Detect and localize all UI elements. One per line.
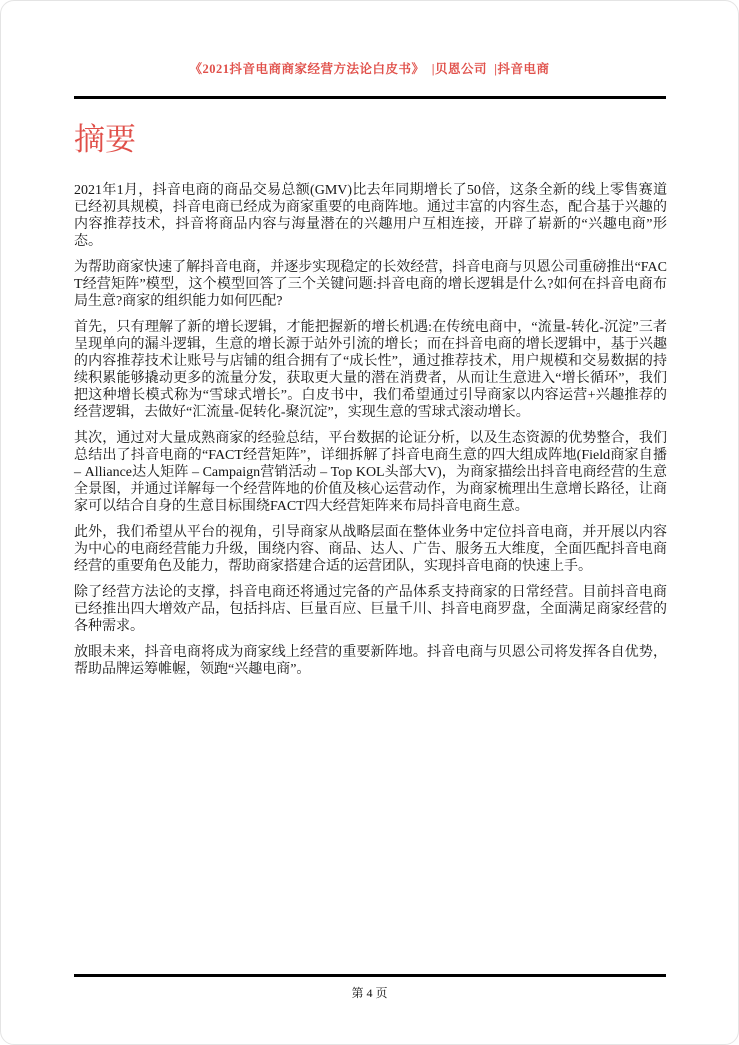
- page-number: 第 4 页: [1, 984, 738, 1001]
- paragraph-6: 除了经营方法论的支撑，抖音电商还将通过完备的产品体系支持商家的日常经营。目前抖音…: [74, 584, 667, 635]
- paragraph-4: 其次，通过对大量成熟商家的经验总结，平台数据的论证分析，以及生态资源的优势整合，…: [74, 430, 667, 515]
- paragraph-5: 此外，我们希望从平台的视角，引导商家从战略层面在整体业务中定位抖音电商，并开展以…: [74, 524, 667, 575]
- document-body: 2021年1月，抖音电商的商品交易总额(GMV)比去年同期增长了50倍，这条全新…: [74, 182, 667, 687]
- page-title: 摘要: [74, 122, 136, 158]
- footer-divider: [74, 974, 666, 977]
- header-running-title: 《2021抖音电商商家经营方法论白皮书》 |贝恩公司 |抖音电商: [1, 59, 738, 77]
- paragraph-2: 为帮助商家快速了解抖音电商，并逐步实现稳定的长效经营，抖音电商与贝恩公司重磅推出…: [74, 259, 667, 310]
- header-divider: [74, 96, 666, 99]
- paragraph-1: 2021年1月，抖音电商的商品交易总额(GMV)比去年同期增长了50倍，这条全新…: [74, 182, 667, 250]
- paragraph-3: 首先，只有理解了新的增长逻辑，才能把握新的增长机遇:在传统电商中，“流量-转化-…: [74, 319, 667, 421]
- paragraph-7: 放眼未来，抖音电商将成为商家线上经营的重要新阵地。抖音电商与贝恩公司将发挥各自优…: [74, 644, 667, 678]
- document-page: 《2021抖音电商商家经营方法论白皮书》 |贝恩公司 |抖音电商 摘要 2021…: [0, 0, 739, 1045]
